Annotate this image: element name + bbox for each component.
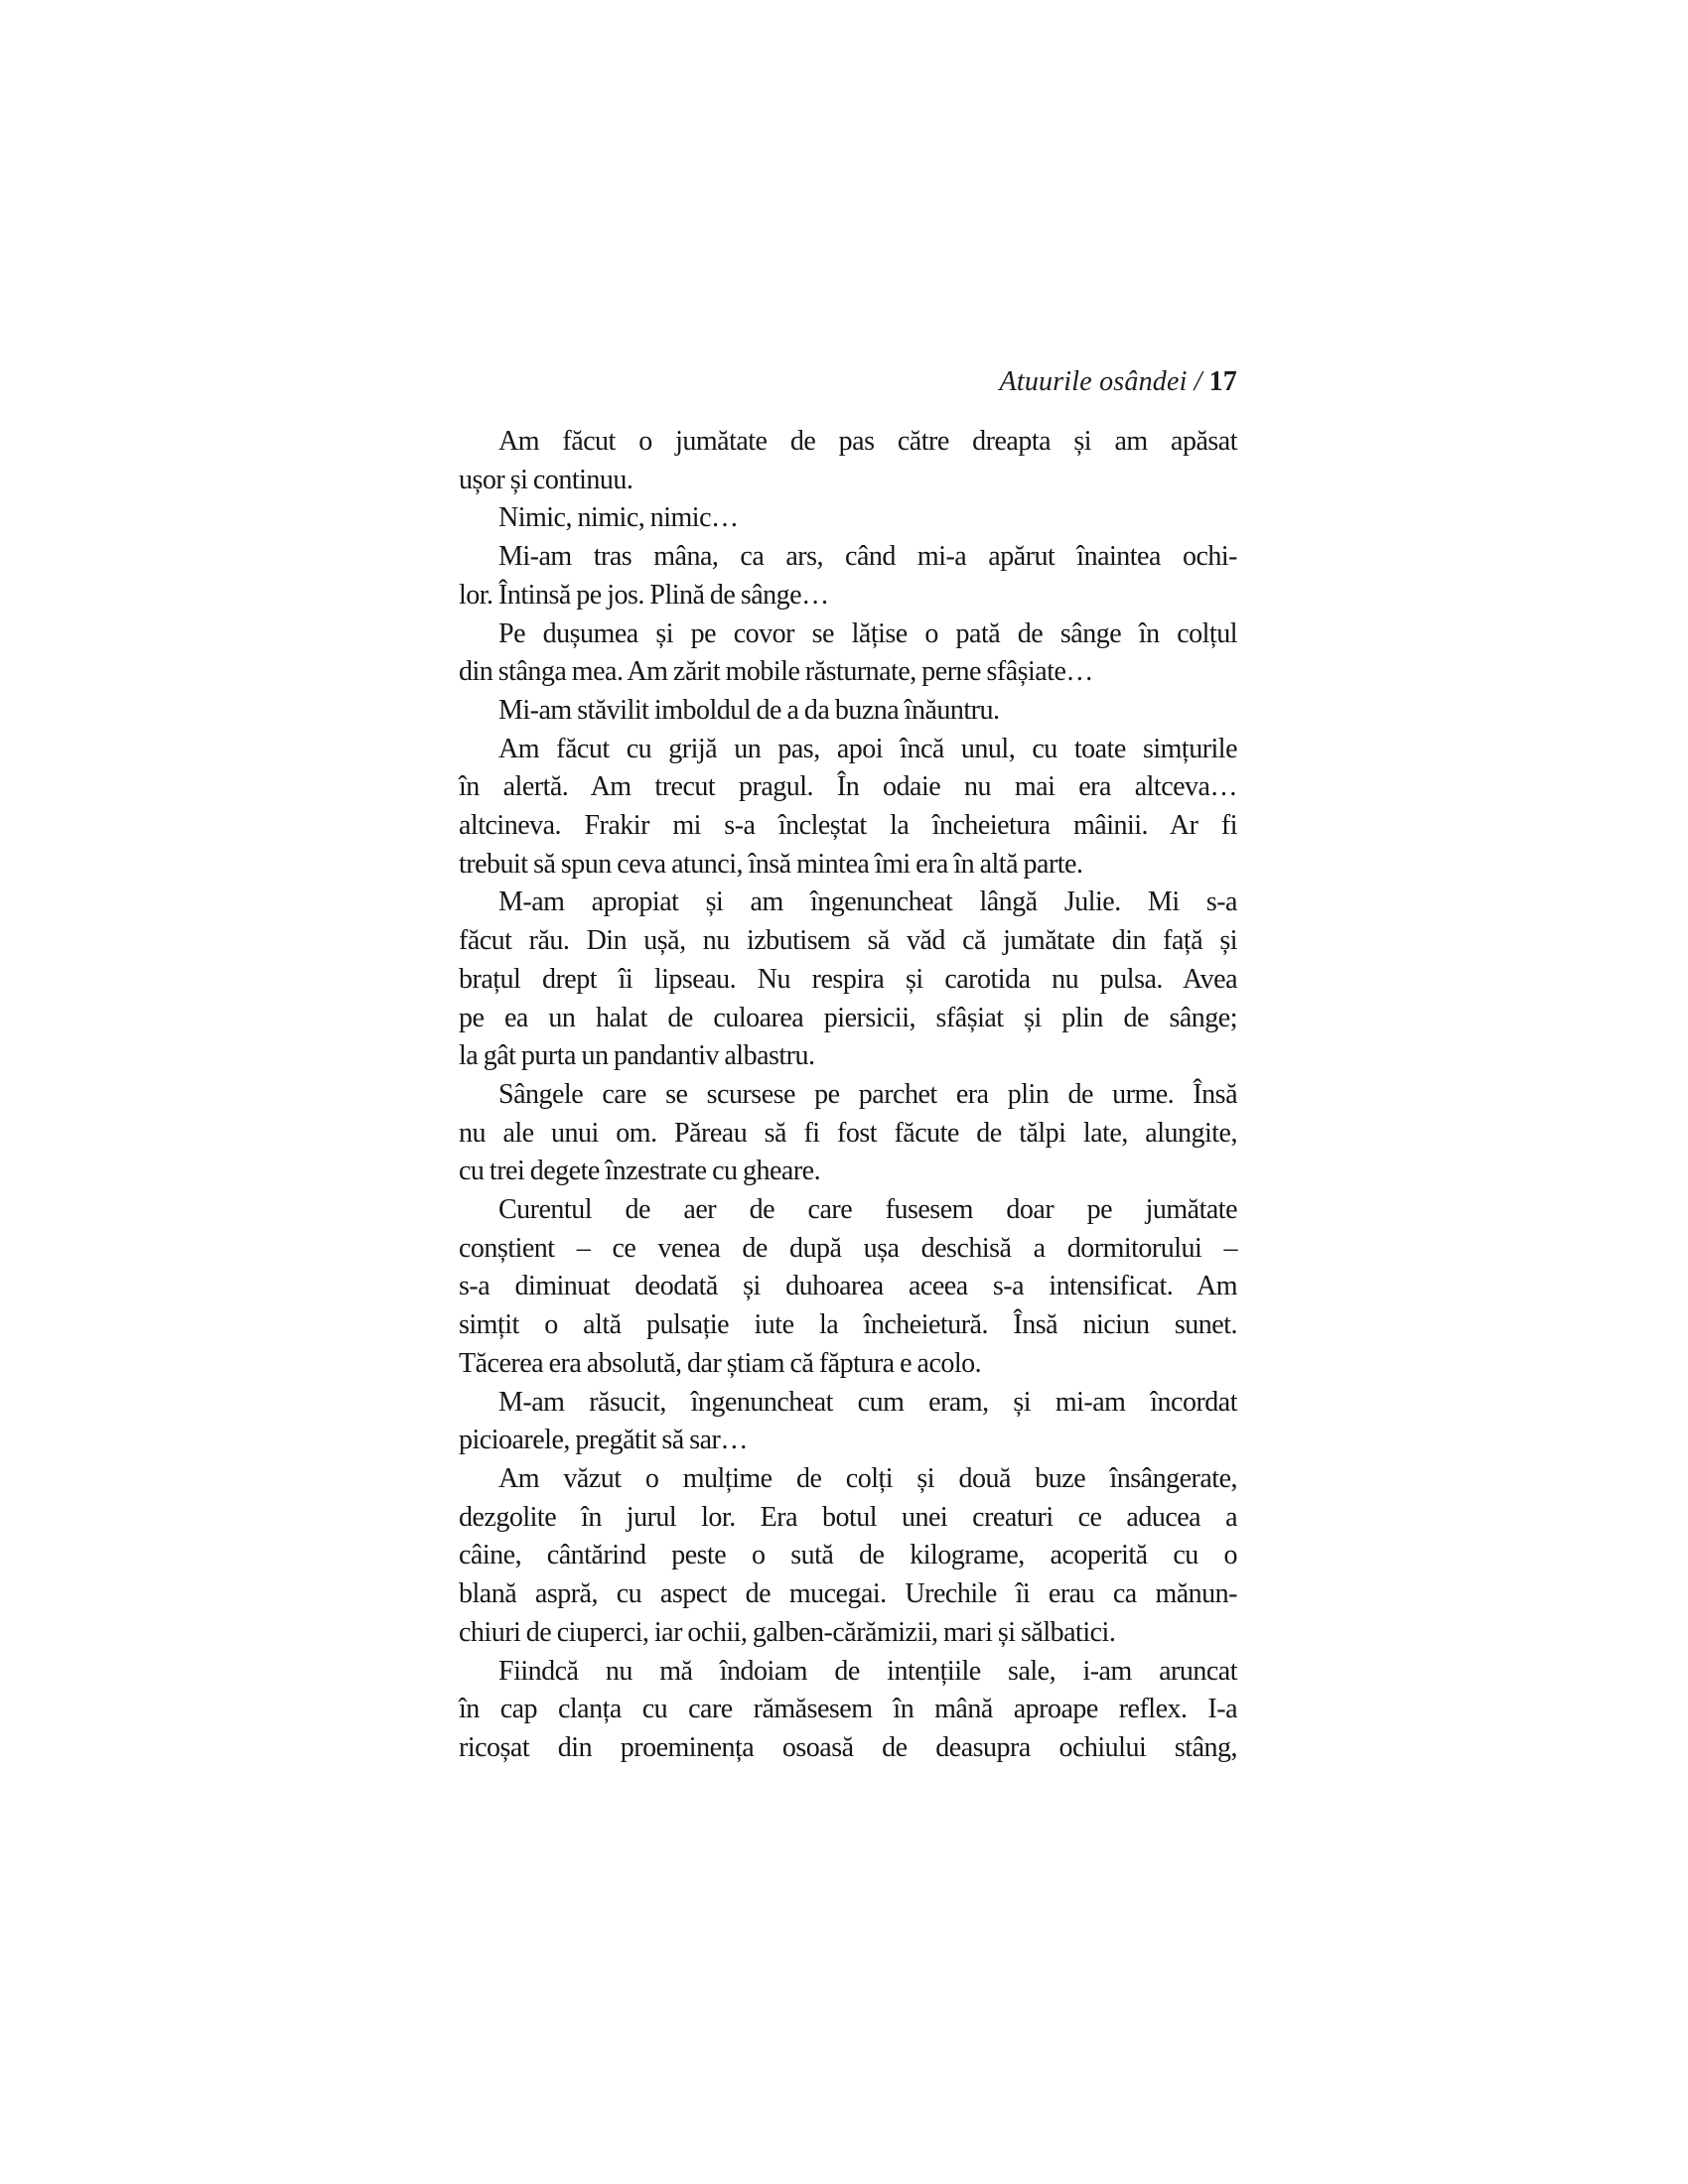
text-line: Fiindcă nu mă îndoiam de intențiile sale…	[498, 1653, 1237, 1692]
text-line: făcut rău. Din ușă, nu izbutisem să văd …	[459, 922, 1237, 961]
text-line: cu trei degete înzestrate cu gheare.	[459, 1153, 1237, 1191]
paragraph: Pe dușumea și pe covor se lățise o pată …	[459, 615, 1237, 692]
text-line: Curentul de aer de care fusesem doar pe …	[498, 1191, 1237, 1230]
text-line: simțit o altă pulsație iute la încheietu…	[459, 1306, 1237, 1345]
body-text: Am făcut o jumătate de pas către dreapta…	[459, 423, 1237, 1768]
text-line: Sângele care se scursese pe parchet era …	[498, 1076, 1237, 1115]
text-line: din stânga mea. Am zărit mobile răsturna…	[459, 653, 1237, 692]
running-title: Atuurile osândei	[1000, 366, 1188, 397]
paragraph: Am făcut o jumătate de pas către dreapta…	[459, 423, 1237, 499]
paragraph: Sângele care se scursese pe parchet era …	[459, 1076, 1237, 1191]
text-line: Am făcut o jumătate de pas către dreapta…	[498, 423, 1237, 462]
text-line: Mi-am tras mâna, ca ars, când mi-a apăru…	[498, 538, 1237, 577]
text-line: la gât purta un pandantiv albastru.	[459, 1037, 1237, 1076]
text-line: Am făcut cu grijă un pas, apoi încă unul…	[498, 731, 1237, 769]
text-line: trebuit să spun ceva atunci, însă mintea…	[459, 846, 1237, 885]
text-line: Am văzut o mulțime de colți și două buze…	[498, 1460, 1237, 1499]
paragraph: Curentul de aer de care fusesem doar pe …	[459, 1191, 1237, 1384]
text-line: M-am răsucit, îngenuncheat cum eram, și …	[498, 1384, 1237, 1423]
text-line: pe ea un halat de culoarea piersicii, sf…	[459, 1000, 1237, 1038]
text-line: chiuri de ciuperci, iar ochii, galben-că…	[459, 1614, 1237, 1653]
text-line: altcineva. Frakir mi s-a încleștat la în…	[459, 807, 1237, 846]
book-page: Atuurile osândei/17 Am făcut o jumătate …	[0, 0, 1688, 2184]
text-line: Pe dușumea și pe covor se lățise o pată …	[498, 615, 1237, 654]
text-line: conștient – ce venea de după ușa deschis…	[459, 1230, 1237, 1269]
paragraph: Am văzut o mulțime de colți și două buze…	[459, 1460, 1237, 1653]
paragraph: M-am apropiat și am îngenuncheat lângă J…	[459, 884, 1237, 1076]
text-line: brațul drept îi lipseau. Nu respira și c…	[459, 961, 1237, 1000]
text-line: Nimic, nimic, nimic…	[498, 499, 1237, 538]
header-separator: /	[1195, 366, 1202, 397]
paragraph: M-am răsucit, îngenuncheat cum eram, și …	[459, 1384, 1237, 1460]
text-line: ricoșat din proeminența osoasă de deasup…	[459, 1729, 1237, 1768]
paragraph: Mi-am stăvilit imboldul de a da buzna în…	[459, 692, 1237, 731]
paragraph: Mi-am tras mâna, ca ars, când mi-a apăru…	[459, 538, 1237, 614]
paragraph: Am făcut cu grijă un pas, apoi încă unul…	[459, 731, 1237, 885]
text-line: s-a diminuat deodată și duhoarea aceea s…	[459, 1268, 1237, 1306]
text-line: dezgolite în jurul lor. Era botul unei c…	[459, 1499, 1237, 1538]
text-line: picioarele, pregătit să sar…	[459, 1422, 1237, 1460]
text-line: blană aspră, cu aspect de mucegai. Urech…	[459, 1575, 1237, 1614]
paragraph: Nimic, nimic, nimic…	[459, 499, 1237, 538]
text-line: nu ale unui om. Păreau să fi fost făcute…	[459, 1115, 1237, 1154]
text-line: câine, cântărind peste o sută de kilogra…	[459, 1537, 1237, 1575]
text-line: ușor și continuu.	[459, 462, 1237, 500]
text-line: M-am apropiat și am îngenuncheat lângă J…	[498, 884, 1237, 922]
text-line: Mi-am stăvilit imboldul de a da buzna în…	[498, 692, 1237, 731]
text-line: în alertă. Am trecut pragul. În odaie nu…	[459, 768, 1237, 807]
page-number: 17	[1209, 366, 1237, 397]
text-line: lor. Întinsă pe jos. Plină de sânge…	[459, 577, 1237, 615]
text-line: în cap clanța cu care rămăsesem în mână …	[459, 1691, 1237, 1729]
text-line: Tăcerea era absolută, dar știam că făptu…	[459, 1345, 1237, 1384]
running-header: Atuurile osândei/17	[459, 362, 1237, 402]
paragraph: Fiindcă nu mă îndoiam de intențiile sale…	[459, 1653, 1237, 1768]
